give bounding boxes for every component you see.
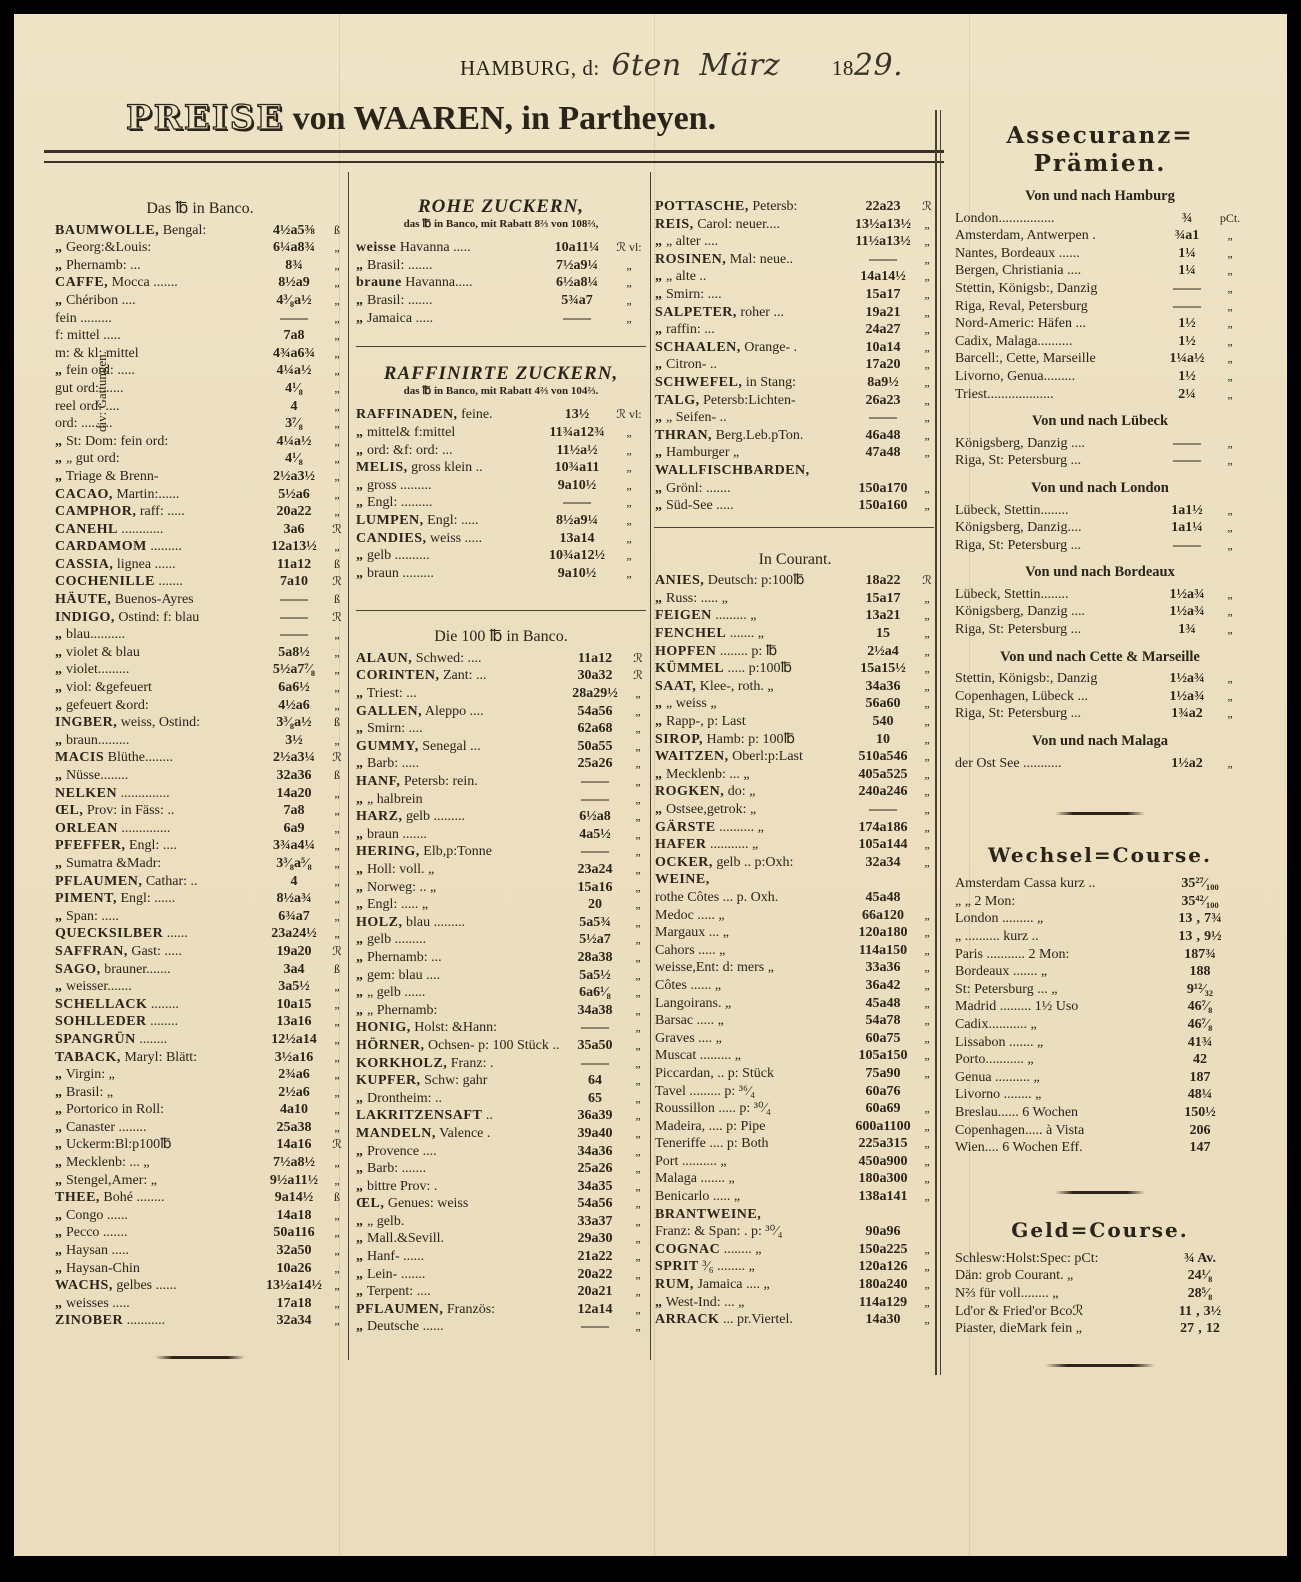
commodity-name: GUMMY, Senegal ... <box>356 738 560 756</box>
price-row: Copenhagen, Lübeck ...1½a¾„ <box>955 688 1245 706</box>
commodity-name: TALG, Petersb:Lichten- <box>655 392 847 410</box>
commodity-main: weisse <box>356 240 396 255</box>
commodity-main: „ <box>356 1284 364 1299</box>
price-value: 1½a2 <box>1159 755 1215 773</box>
currency-unit: „ <box>1215 262 1245 280</box>
commodity-main: „ <box>55 733 63 748</box>
commodity-name: WACHS, gelbes ...... <box>55 1277 259 1295</box>
commodity-main: COCHENILLE <box>55 574 155 589</box>
commodity-name: „ „ Phernamb: <box>356 1002 560 1020</box>
currency-unit: „ <box>919 625 935 643</box>
commodity-main: KÜMMEL <box>655 661 724 676</box>
price-value: 3a6 <box>259 521 329 539</box>
commodity-variety: Medoc ..... „ <box>655 908 725 923</box>
currency-unit: „ <box>329 398 345 416</box>
commodity-main: ORLEAN <box>55 821 118 836</box>
price-value: 11 ‚ 3½ <box>1155 1303 1245 1321</box>
currency-unit: „ <box>329 345 345 363</box>
price-row: St: Petersburg ... „9¹²⁄₃₂ <box>955 981 1245 999</box>
commodity-name: RUM, Jamaica .... „ <box>655 1276 847 1294</box>
commodity-name: Cahors ..... „ <box>655 942 847 960</box>
price-row: „ Mecklenb: ... „7½a8½„ <box>55 1154 345 1172</box>
currency-unit: „ <box>630 1266 646 1284</box>
currency-unit: „ <box>919 268 935 286</box>
currency-unit: „ <box>919 995 935 1013</box>
price-value: 138a141 <box>847 1188 919 1206</box>
currency-unit: „ <box>919 1047 935 1065</box>
commodity-variety: Klee-, roth. „ <box>700 679 774 694</box>
commodity-name: Triest................... <box>955 386 1159 404</box>
commodity-main: BAUMWOLLE, <box>55 223 159 238</box>
currency-unit: „ <box>1215 333 1245 351</box>
route-list: Lübeck, Stettin........1½a¾„Königsberg, … <box>955 586 1245 639</box>
commodity-name: MACIS Blüthe........ <box>55 749 259 767</box>
commodity-main: „ <box>655 714 663 729</box>
price-value: —— <box>1159 452 1215 470</box>
commodity-main: TABACK, <box>55 1050 121 1065</box>
exchange-rates: Amsterdam Cassa kurz ..35²⁷⁄₁₀₀„ „ 2 Mon… <box>955 875 1245 1157</box>
commodity-variety: blau ......... <box>406 915 465 930</box>
commodity-variety: Triage & Brenn- <box>66 469 159 484</box>
price-row: „ Nüsse........32a36ß <box>55 767 345 785</box>
commodity-variety: „ weiss „ <box>666 696 717 711</box>
currency-unit: „ <box>329 450 345 468</box>
price-value: —— <box>1159 537 1215 555</box>
commodity-name: Königsberg, Danzig .... <box>955 603 1159 621</box>
commodity-variety: braun ....... <box>367 827 427 842</box>
price-value: 11a12 <box>560 650 630 668</box>
commodity-main: „ <box>356 792 364 807</box>
commodity-name: Lübeck, Stettin........ <box>955 502 1159 520</box>
price-row: „ gefeuert &ord:4½a6„ <box>55 697 345 715</box>
price-value: 21a22 <box>560 1248 630 1266</box>
price-value: 65 <box>560 1090 630 1108</box>
currency-unit: „ <box>919 497 935 515</box>
price-row: CANDIES, weiss .....13a14„ <box>356 530 646 548</box>
commodity-variety: „ Seifen- .. <box>666 410 727 425</box>
price-value: 1a1½ <box>1159 502 1215 520</box>
commodity-main: SCHWEFEL, <box>655 375 742 390</box>
price-row: CASSIA, lignea ......11a12ß <box>55 556 345 574</box>
commodity-name: ORLEAN .............. <box>55 820 259 838</box>
price-value: 46⁷⁄₈ <box>1155 1016 1245 1034</box>
commodity-variety: Schw: gahr <box>424 1073 487 1088</box>
price-value: 66a120 <box>847 907 919 925</box>
price-value: 13 ‚ 9½ <box>1155 928 1245 946</box>
price-value: 5½a7⁷⁄₈ <box>259 661 329 679</box>
commodity-variety: Cathar: .. <box>146 874 198 889</box>
commodity-name: Schlesw:Holst:Spec: pCt: <box>955 1250 1155 1268</box>
price-value: 14a20 <box>259 785 329 803</box>
currency-unit: „ <box>919 766 935 784</box>
commodity-main: „ <box>55 1102 63 1117</box>
commodity-variety: Barb: ..... <box>367 756 419 771</box>
commodity-name: Côtes ...... „ <box>655 977 847 995</box>
currency-unit: „ <box>919 731 935 749</box>
currency-unit: ℛ <box>919 572 935 590</box>
commodity-main: RAFFINADEN, <box>356 407 458 422</box>
commodity-variety: Tavel ......... p: ³⁶⁄₄ <box>655 1084 755 1099</box>
currency-unit: „ <box>919 678 935 696</box>
price-value: 9a14½ <box>259 1189 329 1207</box>
price-row: „ St: Dom: fein ord:4¼a½„ <box>55 433 345 451</box>
commodity-variety: Terpent: .... <box>367 1284 431 1299</box>
currency-unit: „ <box>919 1153 935 1171</box>
price-row: „ Provence ....34a36„ <box>356 1143 646 1161</box>
currency-unit: „ <box>612 424 646 442</box>
commodity-name: „ „ gut ord: <box>55 450 259 468</box>
commodity-main: „ <box>356 862 364 877</box>
commodity-variety: ........ <box>139 1032 167 1047</box>
price-value: 18a22 <box>847 572 919 590</box>
commodity-main: PFEFFER, <box>55 838 126 853</box>
section-heading: Das ℔ in Banco. <box>55 200 345 218</box>
price-row: Riga, St: Petersburg ...——„ <box>955 452 1245 470</box>
currency-unit: „ <box>919 409 935 427</box>
price-row: „ Ostsee,getrok: „——„ <box>655 801 935 819</box>
price-row: weisse Havanna .....10a11¼ℛ vl: <box>356 239 646 257</box>
commodity-variety: fein ......... <box>55 311 112 326</box>
price-value: 3¾a4¼ <box>259 837 329 855</box>
commodity-main: CORINTEN, <box>356 668 439 683</box>
price-row: Madeira, .... p: Pipe600a1100„ <box>655 1118 935 1136</box>
commodity-variety: Port .......... „ <box>655 1154 727 1169</box>
commodity-main: „ <box>55 627 63 642</box>
commodity-main: „ <box>356 1091 364 1106</box>
commodity-name: CORINTEN, Zant: ... <box>356 667 560 685</box>
commodity-main: BRANTWEINE, <box>655 1207 761 1222</box>
commodity-name: „ gelb .......... <box>356 547 542 565</box>
commodity-name: Amsterdam Cassa kurz .. <box>955 875 1155 893</box>
currency-unit: „ <box>612 565 646 583</box>
price-row: THEE, Bohé ........9a14½ß <box>55 1189 345 1207</box>
price-value: 150a225 <box>847 1241 919 1259</box>
commodity-name: „ Portorico in Roll: <box>55 1101 259 1119</box>
currency-unit: ℛ <box>630 667 646 685</box>
commodity-main: HOPFEN <box>655 644 716 659</box>
price-value: 48¼ <box>1155 1086 1245 1104</box>
price-row: „ „ 2 Mon:35⁴²⁄₁₀₀ <box>955 893 1245 911</box>
currency-unit: „ <box>919 251 935 269</box>
commodity-name: SPRIT ³⁄₆ ........ „ <box>655 1258 847 1276</box>
price-value: 54a56 <box>560 703 630 721</box>
commodity-name: OCKER, gelb .. p:Oxh: <box>655 854 847 872</box>
price-row: „ Drontheim: ..65„ <box>356 1090 646 1108</box>
commodity-name: GÄRSTE .......... „ <box>655 819 847 837</box>
price-row: Madrid ......... 1½ Uso46⁷⁄₈ <box>955 998 1245 1016</box>
commodity-name: „ Uckerm:Bl:p100℔ <box>55 1136 259 1154</box>
ornament-rule <box>1055 1191 1145 1194</box>
currency-unit: „ <box>1215 350 1245 368</box>
price-value: 7½a9¼ <box>542 257 612 275</box>
commodity-name: Stettin, Königsb:, Danzig <box>955 670 1159 688</box>
route-heading: Von und nach Hamburg <box>955 188 1245 206</box>
commodity-name: Margaux ... „ <box>655 924 847 942</box>
currency-unit: „ <box>630 1090 646 1108</box>
currency-unit: „ <box>1215 435 1245 453</box>
price-value: —— <box>259 609 329 627</box>
commodity-main: „ <box>356 950 364 965</box>
price-value: 5a5¾ <box>560 914 630 932</box>
price-row: „ violet & blau5a8½„ <box>55 644 345 662</box>
commodity-variety: Senegal ... <box>422 739 480 754</box>
currency-unit: „ <box>1215 368 1245 386</box>
currency-unit: „ <box>612 547 646 565</box>
currency-unit: „ <box>630 1301 646 1319</box>
price-row: „ Terpent: ....20a21„ <box>356 1283 646 1301</box>
price-row: Ld'or & Fried'or Bcoℛ11 ‚ 3½ <box>955 1303 1245 1321</box>
commodity-main: „ <box>55 240 63 255</box>
price-row: „ Phernamb: ...8¾„ <box>55 257 345 275</box>
commodity-main: „ <box>356 968 364 983</box>
currency-unit: „ <box>329 1277 345 1295</box>
currency-unit: „ <box>630 1037 646 1055</box>
currency-unit: „ <box>630 879 646 897</box>
commodity-name: „ „ halbrein <box>356 791 560 809</box>
commodity-name: ord: ......... <box>55 415 259 433</box>
price-value: 14a30 <box>847 1311 919 1329</box>
commodity-main: GUMMY, <box>356 739 419 754</box>
currency-unit: ß <box>329 714 345 732</box>
currency-unit: „ <box>630 1318 646 1336</box>
price-row: WAITZEN, Oberl:p:Last510a546„ <box>655 748 935 766</box>
commodity-name: „ Sumatra &Madr: <box>55 855 259 873</box>
commodity-variety: Phernamb: ... <box>66 258 141 273</box>
price-row: „ gelb .........5½a7„ <box>356 931 646 949</box>
commodity-name: „ Ostsee,getrok: „ <box>655 801 847 819</box>
price-value: 10¾a11 <box>542 459 612 477</box>
price-value: 32a34 <box>847 854 919 872</box>
commodity-main: KORKHOLZ, <box>356 1056 447 1071</box>
price-row: Lissabon ....... „41¾ <box>955 1034 1245 1052</box>
currency-unit: „ <box>919 660 935 678</box>
currency-unit: „ <box>919 321 935 339</box>
commodity-variety: Martin:...... <box>116 487 179 502</box>
currency-unit: „ <box>919 907 935 925</box>
currency-unit: „ <box>919 1012 935 1030</box>
currency-unit: „ <box>329 1013 345 1031</box>
currency-unit: ℛ <box>630 650 646 668</box>
price-row: OCKER, gelb .. p:Oxh:32a34„ <box>655 854 935 872</box>
commodity-name: Wien.... 6 Wochen Eff. <box>955 1139 1155 1157</box>
currency-unit: „ <box>329 679 345 697</box>
price-row: HÖRNER, Ochsen- p: 100 Stück ...35a50„ <box>356 1037 646 1055</box>
commodity-variety: Genues: weiss <box>388 1196 469 1211</box>
commodity-name: HANF, Petersb: rein. <box>356 773 560 791</box>
currency-unit: „ <box>630 1125 646 1143</box>
price-value: 2½a6 <box>259 1084 329 1102</box>
commodity-variety: „ alter .... <box>666 234 718 249</box>
price-value: 35⁴²⁄₁₀₀ <box>1155 893 1245 911</box>
commodity-main: „ <box>356 1161 364 1176</box>
section-heading: ROHE ZUCKERN, <box>356 198 646 216</box>
commodity-name: SAAT, Klee-, roth. „ <box>655 678 847 696</box>
commodity-name: HOPFEN ........ p: ℔ <box>655 643 847 661</box>
price-row: London ......... „13 ‚ 7¾ <box>955 910 1245 928</box>
price-row: „ raffin: ...24a27„ <box>655 321 935 339</box>
price-row: Nantes, Bordeaux ......1¼„ <box>955 245 1245 263</box>
commodity-name: HONIG, Holst: &Hann: <box>356 1019 560 1037</box>
currency-unit: „ <box>1215 280 1245 298</box>
commodity-name: Bergen, Christiania .... <box>955 262 1159 280</box>
commodity-variety: Mocca ....... <box>112 275 178 290</box>
price-value: 34a35 <box>560 1178 630 1196</box>
commodity-name: PFLAUMEN, Französ: <box>356 1301 560 1319</box>
commodity-variety: Margaux ... „ <box>655 925 729 940</box>
currency-unit: „ <box>329 785 345 803</box>
price-value: —— <box>560 1019 630 1037</box>
commodity-variety: Maryl: Blätt: <box>124 1050 197 1065</box>
price-row: PFLAUMEN, Cathar: ..4„ <box>55 873 345 891</box>
price-value: 188 <box>1155 963 1245 981</box>
price-row: „ Hamburger „47a48„ <box>655 444 935 462</box>
price-row: „ „ Phernamb:34a38„ <box>356 1002 646 1020</box>
price-row: „ Engl: .........——„ <box>356 494 646 512</box>
commodity-main: ANIES, <box>655 573 704 588</box>
price-value: 34a36 <box>847 678 919 696</box>
price-row: Amsterdam Cassa kurz ..35²⁷⁄₁₀₀ <box>955 875 1245 893</box>
price-value: 10a26 <box>259 1260 329 1278</box>
commodity-name: Riga, St: Petersburg ... <box>955 537 1159 555</box>
commodity-name: „ Rapp-, p: Last <box>655 713 847 731</box>
price-value: 54a78 <box>847 1012 919 1030</box>
currency-unit: „ <box>919 819 935 837</box>
price-row: Cadix........... „46⁷⁄₈ <box>955 1016 1245 1034</box>
commodity-name: Amsterdam, Antwerpen . <box>955 227 1159 245</box>
currency-unit: „ <box>919 216 935 234</box>
route-list: Königsberg, Danzig ....——„Riga, St: Pete… <box>955 435 1245 470</box>
price-value: 9a10½ <box>542 477 612 495</box>
price-row: THRAN, Berg.Leb.pTon.46a48„ <box>655 427 935 445</box>
price-value: 10¾a12½ <box>542 547 612 565</box>
currency-unit: „ <box>919 783 935 801</box>
price-row: Margaux ... „120a180„ <box>655 924 935 942</box>
currency-unit: „ <box>630 914 646 932</box>
price-row: Porto........... „42 <box>955 1051 1245 1069</box>
commodity-variety: Teneriffe .... p: Both <box>655 1136 768 1151</box>
price-row: Amsterdam, Antwerpen .¾a1„ <box>955 227 1245 245</box>
commodity-variety: weisser....... <box>66 979 132 994</box>
section-heading: Die 100 ℔ in Banco. <box>356 628 646 646</box>
date-line: HAMBURG, d: 6ten März 1829. <box>460 48 909 83</box>
commodity-name: Tavel ......... p: ³⁶⁄₄ <box>655 1083 847 1101</box>
commodity-main: „ <box>356 311 364 326</box>
commodity-variety: Smirn: .... <box>367 721 423 736</box>
price-value: 3a4 <box>259 961 329 979</box>
price-value: 510a546 <box>847 748 919 766</box>
commodity-variety: ....... „ <box>730 626 764 641</box>
price-row: SIROP, Hamb: p: 100℔10„ <box>655 731 935 749</box>
commodity-variety: Provence .... <box>367 1144 437 1159</box>
price-row: „ Stengel,Amer: „9½a11½„ <box>55 1172 345 1190</box>
price-row: Roussillon ..... p: ³⁰⁄₄60a69„ <box>655 1100 935 1118</box>
price-row: TABACK, Maryl: Blätt:3½a16„ <box>55 1049 345 1067</box>
commodity-main: CANEHL <box>55 522 118 537</box>
currency-unit: „ <box>630 791 646 809</box>
commodity-main: „ <box>655 234 663 249</box>
price-value: 50a55 <box>560 738 630 756</box>
title-decorative: PREISE <box>126 98 284 138</box>
currency-unit: „ <box>630 861 646 879</box>
commodity-main: „ <box>655 287 663 302</box>
commodity-variety: Petersb: <box>752 199 797 214</box>
price-value: 28⁵⁄₈ <box>1155 1285 1245 1303</box>
commodity-main: „ <box>356 721 364 736</box>
price-value: 6a9 <box>259 820 329 838</box>
price-value: 187¾ <box>1155 946 1245 964</box>
price-value: 225a315 <box>847 1135 919 1153</box>
commodity-name: „ Hamburger „ <box>655 444 847 462</box>
currency-unit: „ <box>1215 537 1245 555</box>
currency-unit: „ <box>1215 452 1245 470</box>
price-value: 20a21 <box>560 1283 630 1301</box>
price-row: Lübeck, Stettin........1a1½„ <box>955 502 1245 520</box>
commodity-name: SIROP, Hamb: p: 100℔ <box>655 731 847 749</box>
commodity-name: „ braun ....... <box>356 826 560 844</box>
commodity-main: SCHAALEN, <box>655 340 741 355</box>
price-row: MACIS Blüthe........2½a3¼ℛ <box>55 749 345 767</box>
price-value: 5a5½ <box>560 967 630 985</box>
commodity-name: „ braun ......... <box>356 565 542 583</box>
commodity-main: PFLAUMEN, <box>55 874 142 889</box>
commodity-variety: Bohé ........ <box>103 1190 164 1205</box>
price-row: SALPETER, roher ...19a21„ <box>655 304 935 322</box>
price-row: „ Holl: voll. „23a24„ <box>356 861 646 879</box>
commodity-variety: Ostsee,getrok: „ <box>666 802 756 817</box>
commodity-name: CASSIA, lignea ...... <box>55 556 259 574</box>
commodity-name: braune Havanna..... <box>356 274 542 292</box>
commodity-main: FENCHEL <box>655 626 726 641</box>
commodity-main: ROGKEN, <box>655 784 724 799</box>
price-value: 23a24 <box>560 861 630 879</box>
commodity-name: „ St: Dom: fein ord: <box>55 433 259 451</box>
commodity-variety: Mall.&Sevill. <box>367 1231 444 1246</box>
currency-unit: ß <box>329 556 345 574</box>
price-row: ROSINEN, Mal: neue..——„ <box>655 251 935 269</box>
commodity-variety: Graves .... „ <box>655 1031 722 1046</box>
price-row: Lübeck, Stettin........1½a¾„ <box>955 586 1245 604</box>
currency-unit: „ <box>919 1258 935 1276</box>
price-value: 6a6½ <box>259 679 329 697</box>
commodity-name: TABACK, Maryl: Blätt: <box>55 1049 259 1067</box>
price-value: 33a36 <box>847 959 919 977</box>
price-row: ANIES, Deutsch: p:100℔18a22ℛ <box>655 572 935 590</box>
currency-unit: „ <box>329 1312 345 1330</box>
commodity-variety: gem: blau .... <box>367 968 440 983</box>
price-row: COGNAC ........ „150a225„ <box>655 1241 935 1259</box>
price-value: 17a18 <box>259 1295 329 1313</box>
commodity-name: LUMPEN, Engl: ..... <box>356 512 542 530</box>
price-value: 60a76 <box>847 1083 919 1101</box>
price-value: 3a5½ <box>259 978 329 996</box>
commodity-name: „ Congo ...... <box>55 1207 259 1225</box>
commodity-name: WAITZEN, Oberl:p:Last <box>655 748 847 766</box>
price-value: 30a32 <box>560 667 630 685</box>
currency-unit: „ <box>919 1241 935 1259</box>
price-row: Nord-Americ: Häfen ...1½„ <box>955 315 1245 333</box>
price-row: Riga, St: Petersburg ...1¾„ <box>955 621 1245 639</box>
price-value: 17a20 <box>847 356 919 374</box>
price-row: „ Canaster ........25a38„ <box>55 1119 345 1137</box>
currency-unit: „ <box>1215 755 1245 773</box>
commodity-main: HAFER <box>655 837 707 852</box>
price-value: 11½a13½ <box>847 233 919 251</box>
price-value: 13a21 <box>847 607 919 625</box>
commodity-name: ŒL, Prov: in Fäss: .. <box>55 802 259 820</box>
commodity-variety: Drontheim: .. <box>367 1091 442 1106</box>
price-row: Graves .... „60a75„ <box>655 1030 935 1048</box>
commodity-variety: Franz: . <box>451 1056 494 1071</box>
